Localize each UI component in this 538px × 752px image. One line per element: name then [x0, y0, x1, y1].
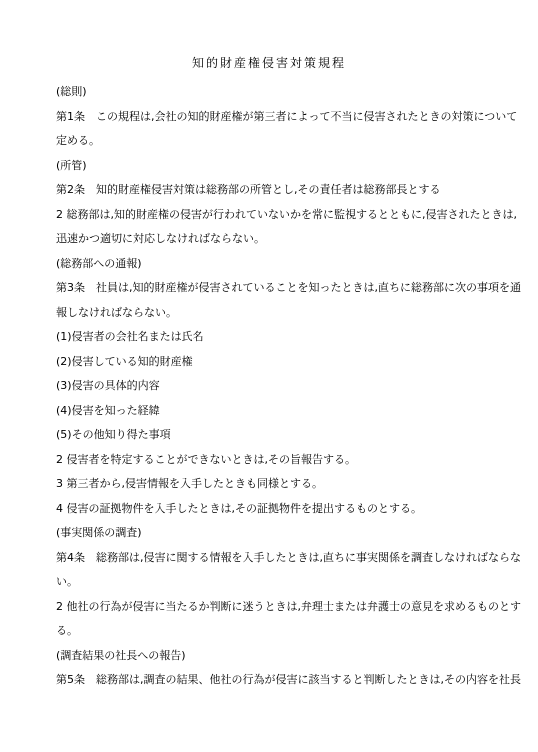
paragraph-line: 3 第三者から,侵害情報を入手したときも同様とする。 — [56, 472, 486, 497]
list-item-line: (2)侵害している知的財産権 — [56, 350, 486, 375]
list-item-line: (5)その他知り得た事項 — [56, 423, 486, 448]
section-label-line: (調査結果の社長への報告) — [56, 644, 486, 669]
document-body: (総則) 第1条 この規程は,会社の知的財産権が第三者によって不当に侵害されたと… — [56, 80, 486, 693]
paragraph-line: 4 侵害の証拠物件を入手したときは,その証拠物件を提出するものとする。 — [56, 497, 486, 522]
continuation-line: い。 — [56, 570, 486, 595]
continuation-line: る。 — [56, 619, 486, 644]
list-item-line: (1)侵害者の会社名または氏名 — [56, 325, 486, 350]
paragraph-line: 2 総務部は,知的財産権の侵害が行われていないかを常に監視するとともに,侵害され… — [56, 203, 486, 228]
continuation-line: 迅速かつ適切に対応しなければならない。 — [56, 227, 486, 252]
paragraph-line: 2 他社の行為が侵害に当たるか判断に迷うときは,弁理士または弁護士の意見を求める… — [56, 595, 486, 620]
document-page: 知的財産権侵害対策規程 (総則) 第1条 この規程は,会社の知的財産権が第三者に… — [0, 0, 538, 752]
section-label-line: (総務部への通報) — [56, 252, 486, 277]
article-line: 第3条 社員は,知的財産権が侵害されていることを知ったときは,直ちに総務部に次の… — [56, 276, 486, 301]
document-title: 知的財産権侵害対策規程 — [0, 54, 538, 71]
article-line: 第5条 総務部は,調査の結果、他社の行為が侵害に該当すると判断したときは,その内… — [56, 668, 486, 693]
section-label-line: (総則) — [56, 80, 486, 105]
article-line: 第2条 知的財産権侵害対策は総務部の所管とし,その責任者は総務部長とする — [56, 178, 486, 203]
list-item-line: (3)侵害の具体的内容 — [56, 374, 486, 399]
list-item-line: (4)侵害を知った経緯 — [56, 399, 486, 424]
paragraph-line: 2 侵害者を特定することができないときは,その旨報告する。 — [56, 448, 486, 473]
article-line: 第1条 この規程は,会社の知的財産権が第三者によって不当に侵害されたときの対策に… — [56, 105, 486, 130]
section-label-line: (所管) — [56, 154, 486, 179]
continuation-line: 定める。 — [56, 129, 486, 154]
section-label-line: (事実関係の調査) — [56, 521, 486, 546]
continuation-line: 報しなければならない。 — [56, 301, 486, 326]
article-line: 第4条 総務部は,侵害に関する情報を入手したときは,直ちに事実関係を調査しなけれ… — [56, 546, 486, 571]
